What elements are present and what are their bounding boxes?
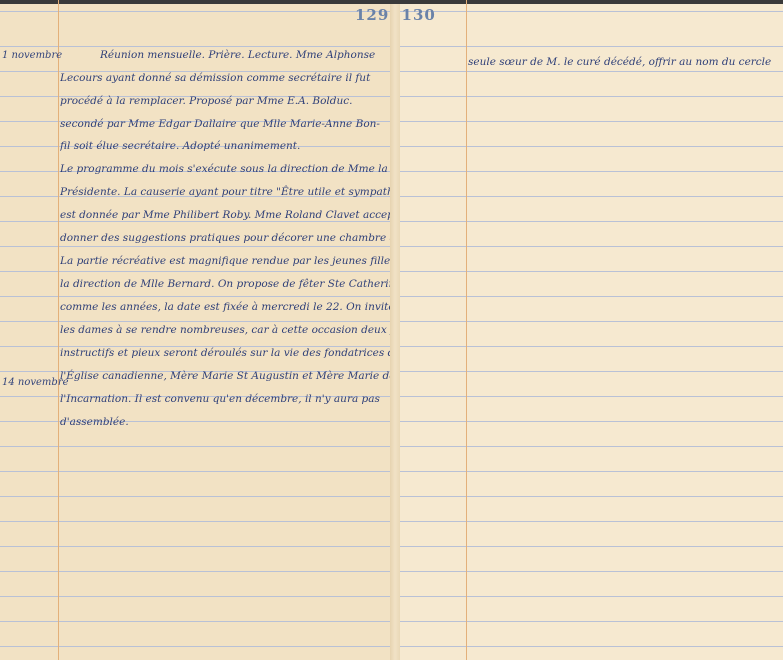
top-edge [0,0,783,4]
handwritten-line: seule sœur de M. le curé décédé, offrir … [468,50,780,75]
handwritten-line: fil soit élue secrétaire. Adopté unanime… [60,134,390,159]
right-page [395,0,783,660]
entry-date: 14 novembre [2,377,69,388]
handwritten-line: la direction de Mlle Bernard. On propose… [60,272,390,297]
left-margin-line [58,0,59,660]
handwritten-line: procédé à la remplacer. Proposé par Mme … [60,89,390,114]
page-number-left: 129 [355,6,389,24]
entry-date: 1 novembre [2,50,62,61]
handwritten-line: les dames à se rendre nombreuses, car à … [60,318,390,343]
handwritten-line: l'Incarnation. Il est convenu qu'en déce… [60,387,390,412]
page-numbers: 129 130 [355,6,455,24]
handwritten-line: donner des suggestions pratiques pour dé… [60,226,390,251]
handwritten-line: l'Église canadienne, Mère Marie St Augus… [60,364,390,389]
book-gutter [390,0,400,660]
handwritten-line: La partie récréative est magnifique rend… [60,249,390,274]
handwritten-line: instructifs et pieux seront déroulés sur… [60,341,390,366]
handwritten-line: Lecours ayant donné sa démission comme s… [60,66,390,91]
page-number-right: 130 [402,6,436,24]
handwritten-line: comme les années, la date est fixée à me… [60,295,390,320]
handwritten-line: Présidente. La causerie ayant pour titre… [60,180,390,205]
handwritten-line: Le programme du mois s'exécute sous la d… [60,157,390,182]
ledger-book: 129 130 1 novembre Réunion mensuelle. Pr… [0,0,783,660]
handwritten-line: Réunion mensuelle. Prière. Lecture. Mme … [100,43,390,68]
handwritten-line: d'assemblée. [60,410,390,435]
right-margin-line [466,0,467,660]
handwritten-line: est donnée par Mme Philibert Roby. Mme R… [60,203,390,228]
